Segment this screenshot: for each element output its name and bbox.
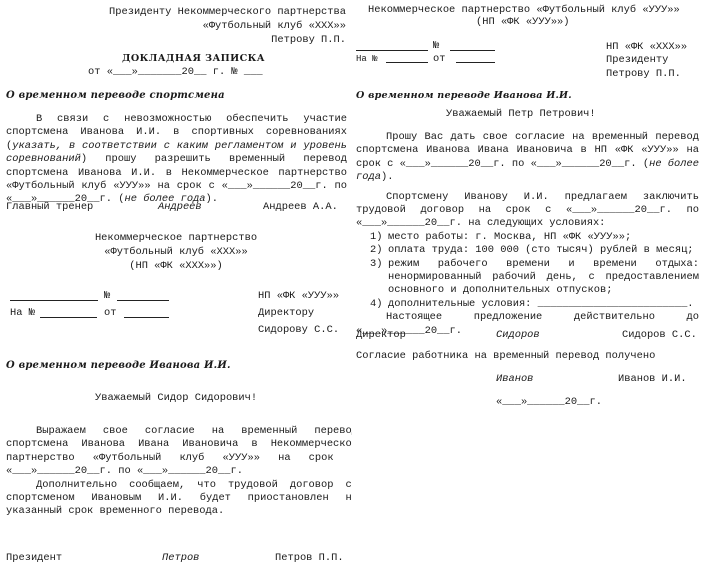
- memo-title: ДОКЛАДНАЯ ЗАПИСКА: [122, 52, 265, 65]
- condition-item: 4)дополнительные условия: ______________…: [356, 298, 699, 311]
- number-label: №: [104, 290, 110, 303]
- right-body: Прошу Вас дать свое согласие на временны…: [356, 131, 699, 338]
- condition-item: 3)режим рабочего времени и времени отдых…: [356, 258, 699, 298]
- condition-text: место работы: г. Москва, НП «ФК «УУУ»»;: [388, 231, 631, 243]
- right-ref-on-label: На №: [356, 53, 378, 66]
- condition-item: 1)место работы: г. Москва, НП «ФК «УУУ»»…: [356, 231, 699, 244]
- letter-recipient-line-1: НП «ФК «УУУ»»: [258, 290, 339, 303]
- right-signature-sign: Сидоров: [496, 329, 540, 342]
- right-subject: О временном переводе Иванова И.И.: [356, 89, 572, 102]
- condition-number: 3): [370, 258, 382, 271]
- right-recipient-line-2: Президенту: [606, 54, 668, 67]
- ref-from-field[interactable]: [124, 317, 169, 318]
- memo-body: В связи с невозможностью обеспечить учас…: [6, 113, 347, 207]
- ref-on-field[interactable]: [40, 317, 97, 318]
- right-signature-name: Сидоров С.С.: [622, 329, 697, 342]
- letter-greeting: Уважаемый Сидор Сидорович!: [95, 392, 257, 405]
- right-ref-from-field[interactable]: [456, 62, 495, 63]
- number-field[interactable]: [117, 300, 169, 301]
- condition-number: 4): [370, 298, 382, 311]
- right-greeting: Уважаемый Петр Петрович!: [446, 108, 596, 121]
- memo-addressee-line-2: «Футбольный клуб «ХХХ»»: [203, 20, 346, 33]
- memo-addressee-line-3: Петрову П.П.: [271, 34, 346, 47]
- left-page: Президенту Некоммерческого партнерства «…: [0, 0, 352, 564]
- conditions-list: 1)место работы: г. Москва, НП «ФК «УУУ»»…: [356, 231, 699, 311]
- letter-paragraph-2: Дополнительно сообщаем, что трудовой дог…: [6, 479, 352, 519]
- condition-text: дополнительные условия: ________________…: [388, 298, 694, 310]
- condition-number: 2): [370, 244, 382, 257]
- right-page: Некоммерческое партнерство «Футбольный к…: [352, 0, 706, 564]
- right-paragraph-2: Спортсмену Иванову И.И. предлагаем заклю…: [356, 191, 699, 231]
- memo-date-line: от «___»_______20__ г. № ___: [88, 66, 263, 79]
- letter-body: Выражаем свое согласие на временный пере…: [6, 425, 352, 519]
- letter-signature-sign: Петров: [162, 552, 199, 564]
- letter-org-line-2: «Футбольный клуб «ХХХ»»: [0, 246, 352, 259]
- memo-signature-position: Главный тренер: [6, 201, 93, 214]
- letter-org-line-1: Некоммерческое партнерство: [0, 232, 352, 245]
- ref-from-label: от: [104, 307, 116, 320]
- consent-text: Согласие работника на временный перевод …: [356, 350, 655, 363]
- right-recipient-line-1: НП «ФК «ХХХ»»: [606, 41, 687, 54]
- right-number-label: №: [433, 40, 439, 53]
- right-signature-position: Директор: [356, 329, 406, 342]
- right-outgoing-number-field[interactable]: [356, 50, 428, 51]
- right-paragraph-1-end: ).: [381, 171, 393, 183]
- right-paragraph-1-text: Прошу Вас дать свое согласие на временны…: [356, 131, 699, 170]
- letter-signature-position: Президент: [6, 552, 62, 564]
- condition-number: 1): [370, 231, 382, 244]
- consent-sign: Иванов: [496, 373, 533, 386]
- ref-on-label: На №: [10, 307, 35, 320]
- right-recipient-line-3: Петрову П.П.: [606, 68, 681, 81]
- right-ref-from-label: от: [433, 53, 445, 66]
- consent-name: Иванов И.И.: [618, 373, 687, 386]
- letter-signature-name: Петров П.П.: [275, 552, 344, 564]
- condition-item: 2)оплата труда: 100 000 (сто тысяч) рубл…: [356, 244, 699, 257]
- right-org-line-2: (НП «ФК «УУУ»»): [476, 16, 570, 29]
- memo-signature-name: Андреев А.А.: [263, 201, 338, 214]
- condition-text: оплата труда: 100 000 (сто тысяч) рублей…: [388, 244, 694, 256]
- letter-org-line-3: (НП «ФК «ХХХ»»): [0, 260, 352, 273]
- right-number-field[interactable]: [450, 50, 495, 51]
- letter-subject: О временном переводе Иванова И.И.: [6, 359, 231, 372]
- condition-text: режим рабочего времени и времени отдыха:…: [388, 258, 699, 297]
- letter-recipient-line-2: Директору: [258, 307, 314, 320]
- memo-body-text-3: ).: [206, 193, 218, 205]
- consent-date: «___»______20__г.: [496, 396, 602, 409]
- right-ref-on-field[interactable]: [386, 62, 428, 63]
- letter-paragraph-1: Выражаем свое согласие на временный пере…: [6, 425, 352, 479]
- letter-recipient-line-3: Сидорову С.С.: [258, 324, 339, 337]
- memo-signature-sign: Андреев: [158, 201, 202, 214]
- memo-addressee-line-1: Президенту Некоммерческого партнерства: [109, 6, 346, 19]
- memo-subject: О временном переводе спортсмена: [6, 89, 225, 102]
- outgoing-number-field[interactable]: [10, 300, 98, 301]
